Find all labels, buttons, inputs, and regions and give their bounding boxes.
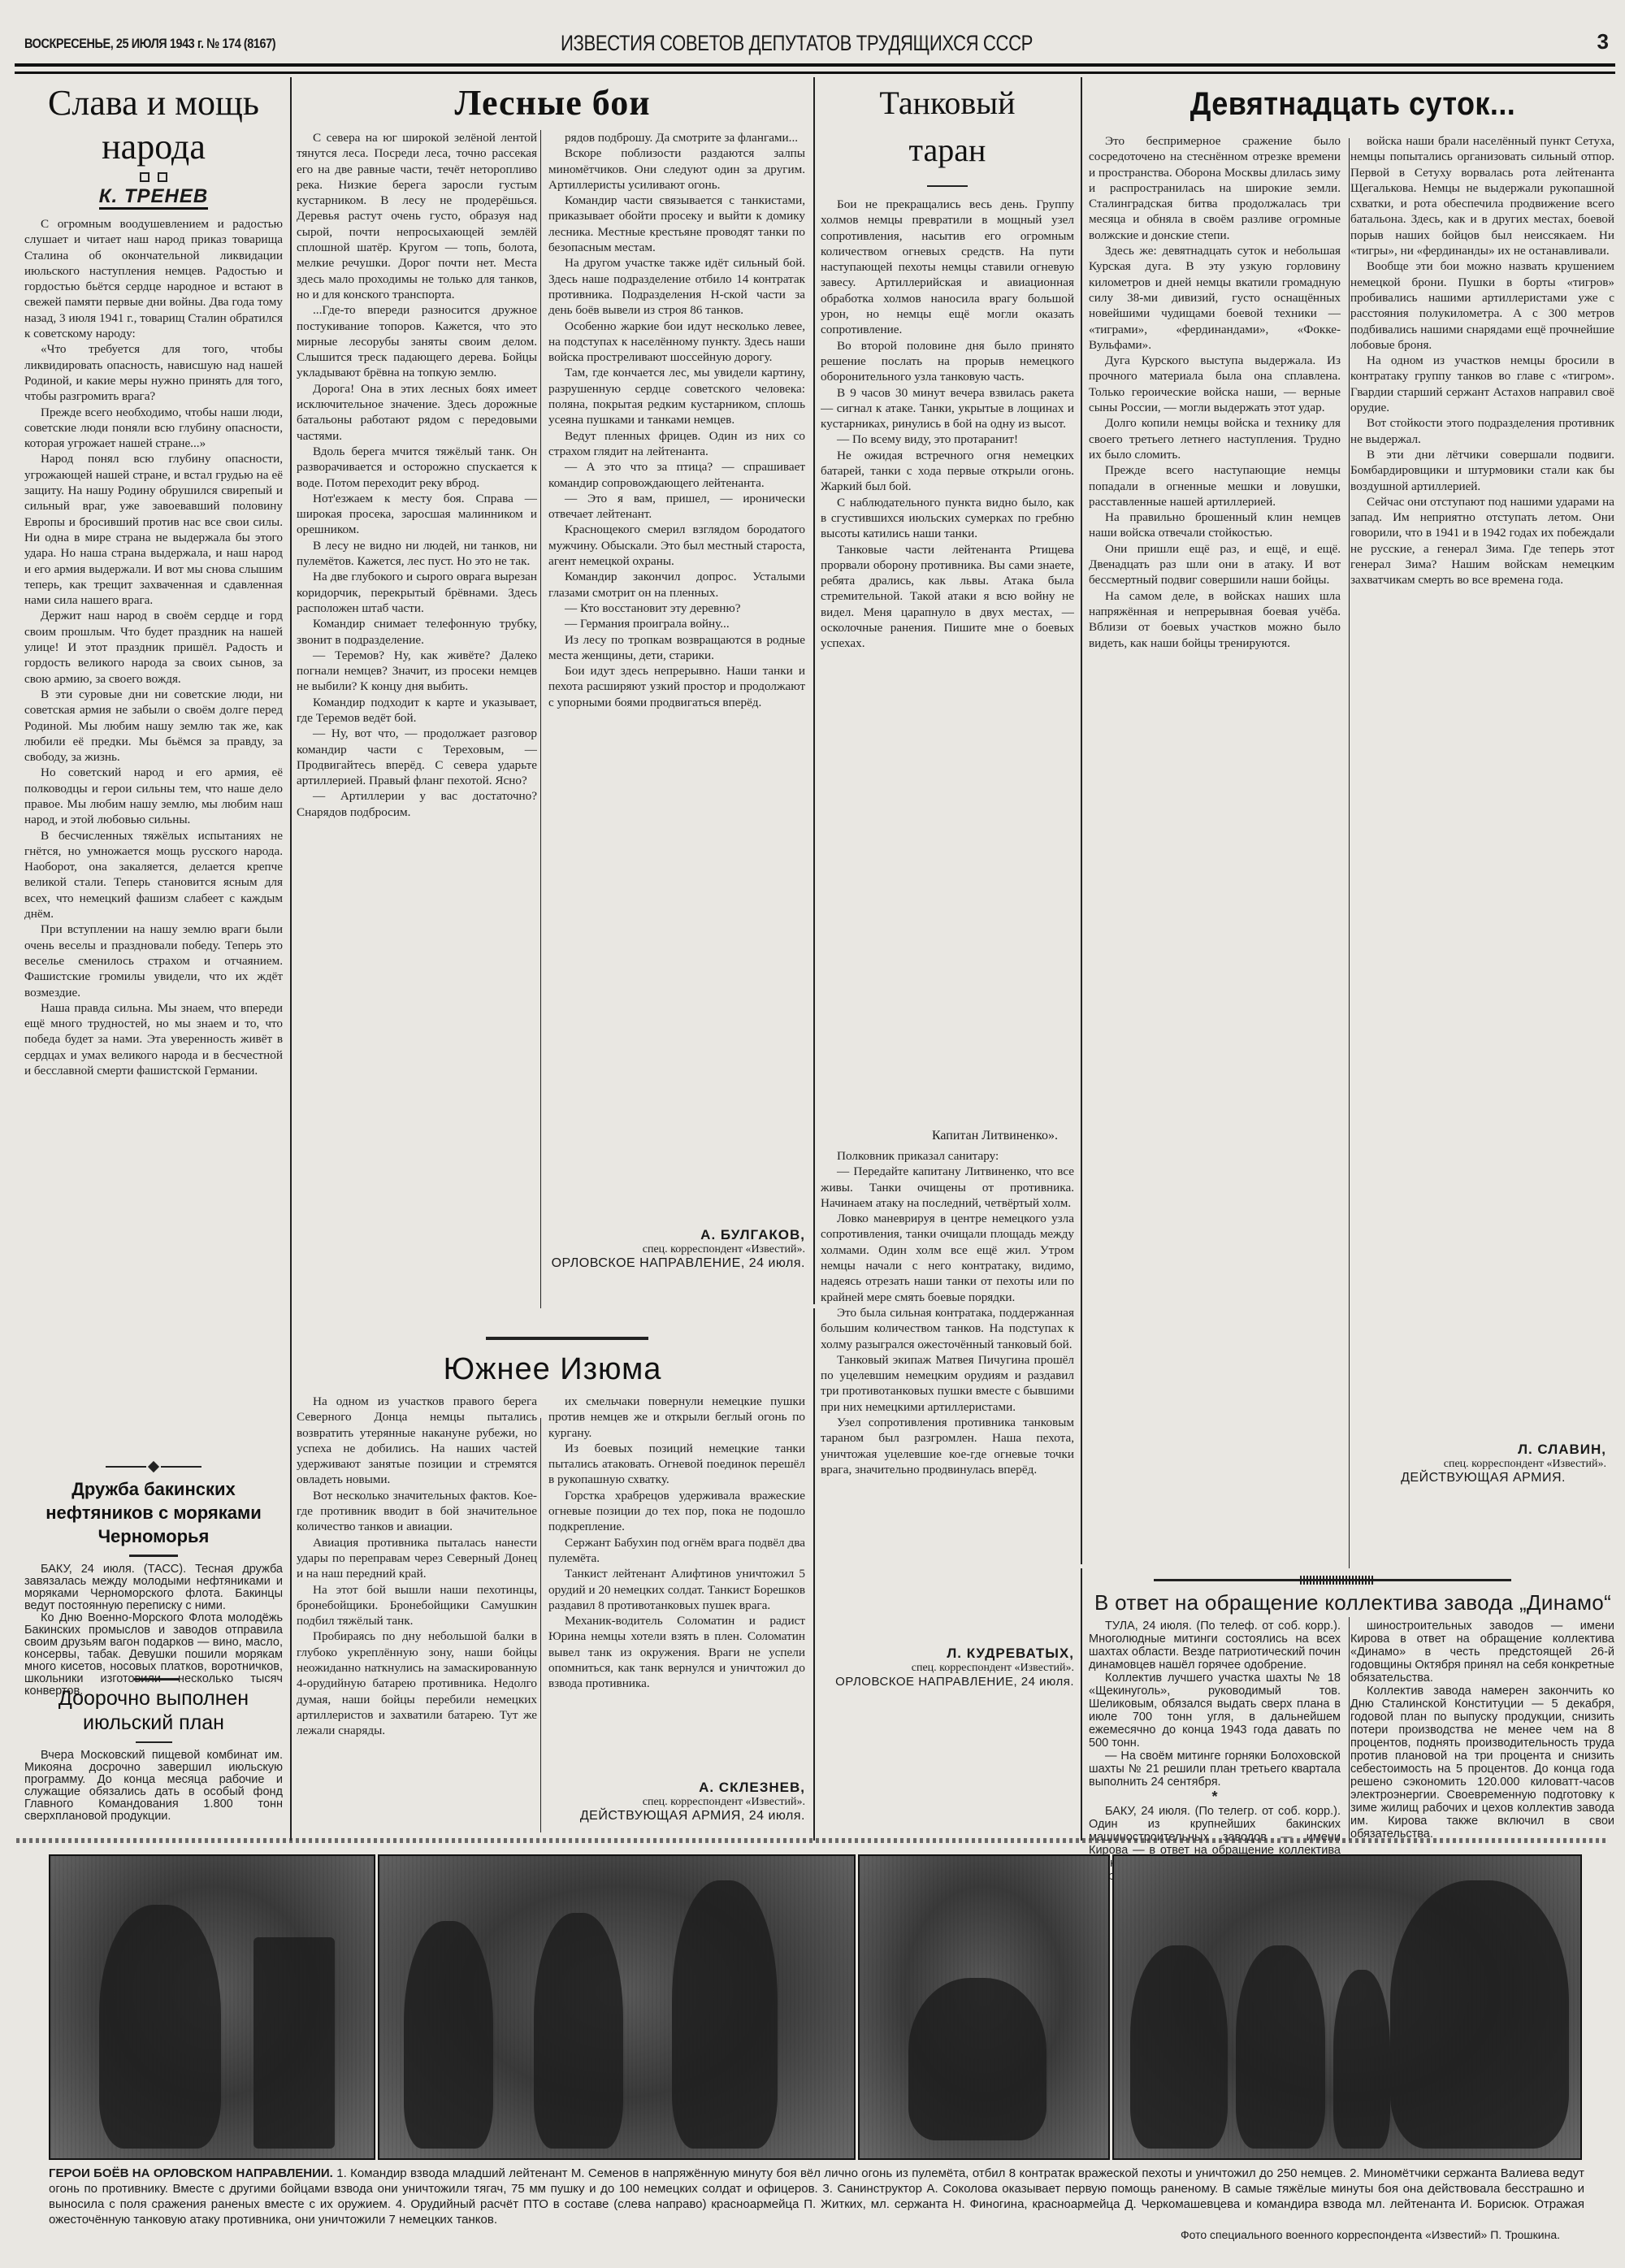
- article-body-col1: С севера на юг широкой зелёной лентой тя…: [297, 130, 537, 1304]
- article-body-continued: Полковник приказал санитару: — Передайте…: [821, 1148, 1074, 1636]
- masthead-dateline: ВОСКРЕСЕНЬЕ, 25 ИЮЛЯ 1943 г. № 174 (8167…: [24, 36, 275, 52]
- article-title: Южнее Изюма: [297, 1345, 808, 1394]
- masthead-rule-top: [15, 63, 1615, 67]
- ornament-squares: [24, 172, 283, 182]
- article-title: Слава и мощь народа: [24, 81, 283, 169]
- ornament-divider: [24, 1463, 283, 1471]
- masthead-title: ИЗВЕСТИЯ СОВЕТОВ ДЕПУТАТОВ ТРУДЯЩИХСЯ СС…: [561, 31, 1033, 56]
- column-divider: [813, 77, 815, 1304]
- masthead-rule-bottom: [15, 72, 1615, 74]
- article-body: Вчера Московский пищевой комбинат им. Ми…: [24, 1750, 283, 1823]
- column-divider: [1081, 1568, 1082, 1841]
- author-signature: Л. КУДРЕВАТЫХ,: [821, 1646, 1074, 1662]
- article-body-col2: их смельчаки повернули немецкие пушки пр…: [548, 1394, 805, 1780]
- article-taran: Танковый таран Бои не прекращались весь …: [821, 80, 1074, 1689]
- article-body-col1: На одном из участков правого берега Севе…: [297, 1394, 537, 1832]
- article-dosrochno: Доорочно выполнен июльский план Вчера Мо…: [24, 1686, 283, 1823]
- page-number: 3: [1597, 29, 1609, 54]
- article-yuzhnee: Южнее Изюма На одном из участков правого…: [297, 1345, 808, 1832]
- article-title: Танковый таран: [821, 80, 1074, 174]
- photo-caption: ГЕРОИ БОЁВ НА ОРЛОВСКОМ НАПРАВЛЕНИИ. 1. …: [49, 2166, 1584, 2243]
- article-title: Доорочно выполнен июльский план: [24, 1686, 283, 1735]
- article-title: В ответ на обращение коллектива завода „…: [1089, 1589, 1617, 1616]
- author-role: спец. корреспондент «Известий».: [548, 1796, 805, 1809]
- caption-heading: ГЕРОИ БОЁВ НА ОРЛОВСКОМ НАПРАВЛЕНИИ.: [49, 2166, 333, 2180]
- separator-star: *: [1089, 1789, 1341, 1805]
- author-role: спец. корреспондент «Известий».: [1350, 1458, 1606, 1471]
- article-title: Дружба бакинских нефтяников с моряками Ч…: [24, 1477, 283, 1548]
- photo-panel-2: [378, 1854, 856, 2160]
- column-divider: [813, 1308, 815, 1841]
- dateline-place: ОРЛОВСКОЕ НАПРАВЛЕНИЕ, 24 июля.: [548, 1256, 805, 1271]
- article-body-col2: шиностроительных заводов — имени Кирова …: [1350, 1620, 1614, 1883]
- author-role: спец. корреспондент «Известий».: [821, 1662, 1074, 1675]
- article-body-col2: рядов подброшу. Да смотрите за флангами.…: [548, 130, 805, 1227]
- article-body-col2: войска наши брали населённый пункт Сетух…: [1350, 133, 1614, 1433]
- author-signature: Л. СЛАВИН,: [1350, 1442, 1606, 1458]
- photo-panel-4: [1112, 1854, 1582, 2160]
- article-body-col1: Это беспримерное сражение было сосредото…: [1089, 133, 1341, 1531]
- author-signature: А. БУЛГАКОВ,: [548, 1227, 805, 1243]
- article-slava: Слава и мощь народа К. ТРЕНЕВ С огромным…: [24, 81, 283, 1484]
- photo-panel-1: [49, 1854, 375, 2160]
- letter-signature: Капитан Литвиненко».: [821, 1129, 1058, 1143]
- dateline-place: ДЕЙСТВУЮЩАЯ АРМИЯ.: [1350, 1471, 1566, 1485]
- dateline-place: ДЕЙСТВУЮЩАЯ АРМИЯ, 24 июля.: [548, 1809, 805, 1824]
- author-role: спец. корреспондент «Известий».: [548, 1243, 805, 1256]
- article-devyatnadtsat: Девятнадцать суток... Это беспримерное с…: [1089, 80, 1617, 1531]
- wavy-divider: [16, 1838, 1609, 1843]
- column-divider: [1081, 77, 1082, 1564]
- article-body: С огромным воодушевлением и радостью слу…: [24, 216, 283, 1484]
- article-lesnye: Лесные бои С севера на юг широкой зелёно…: [297, 80, 808, 1304]
- photo-credit: Фото специального военного корреспондент…: [49, 2227, 1584, 2243]
- article-body: Бои не прекращались весь день. Группу хо…: [821, 197, 1074, 1127]
- article-body-col1: ТУЛА, 24 июля. (По телеф. от соб. корр.)…: [1089, 1620, 1341, 1883]
- photo-panel-3: [858, 1854, 1110, 2160]
- article-author: К. ТРЕНЕВ: [99, 185, 208, 210]
- dateline-place: ОРЛОВСКОЕ НАПРАВЛЕНИЕ, 24 июля.: [821, 1675, 1074, 1689]
- article-title: Девятнадцать суток...: [1116, 80, 1591, 128]
- article-druzhba: Дружба бакинских нефтяников с моряками Ч…: [24, 1477, 283, 1698]
- author-signature: А. СКЛЕЗНЕВ,: [548, 1780, 805, 1796]
- column-divider: [290, 77, 292, 1841]
- article-title: Лесные бои: [297, 80, 808, 127]
